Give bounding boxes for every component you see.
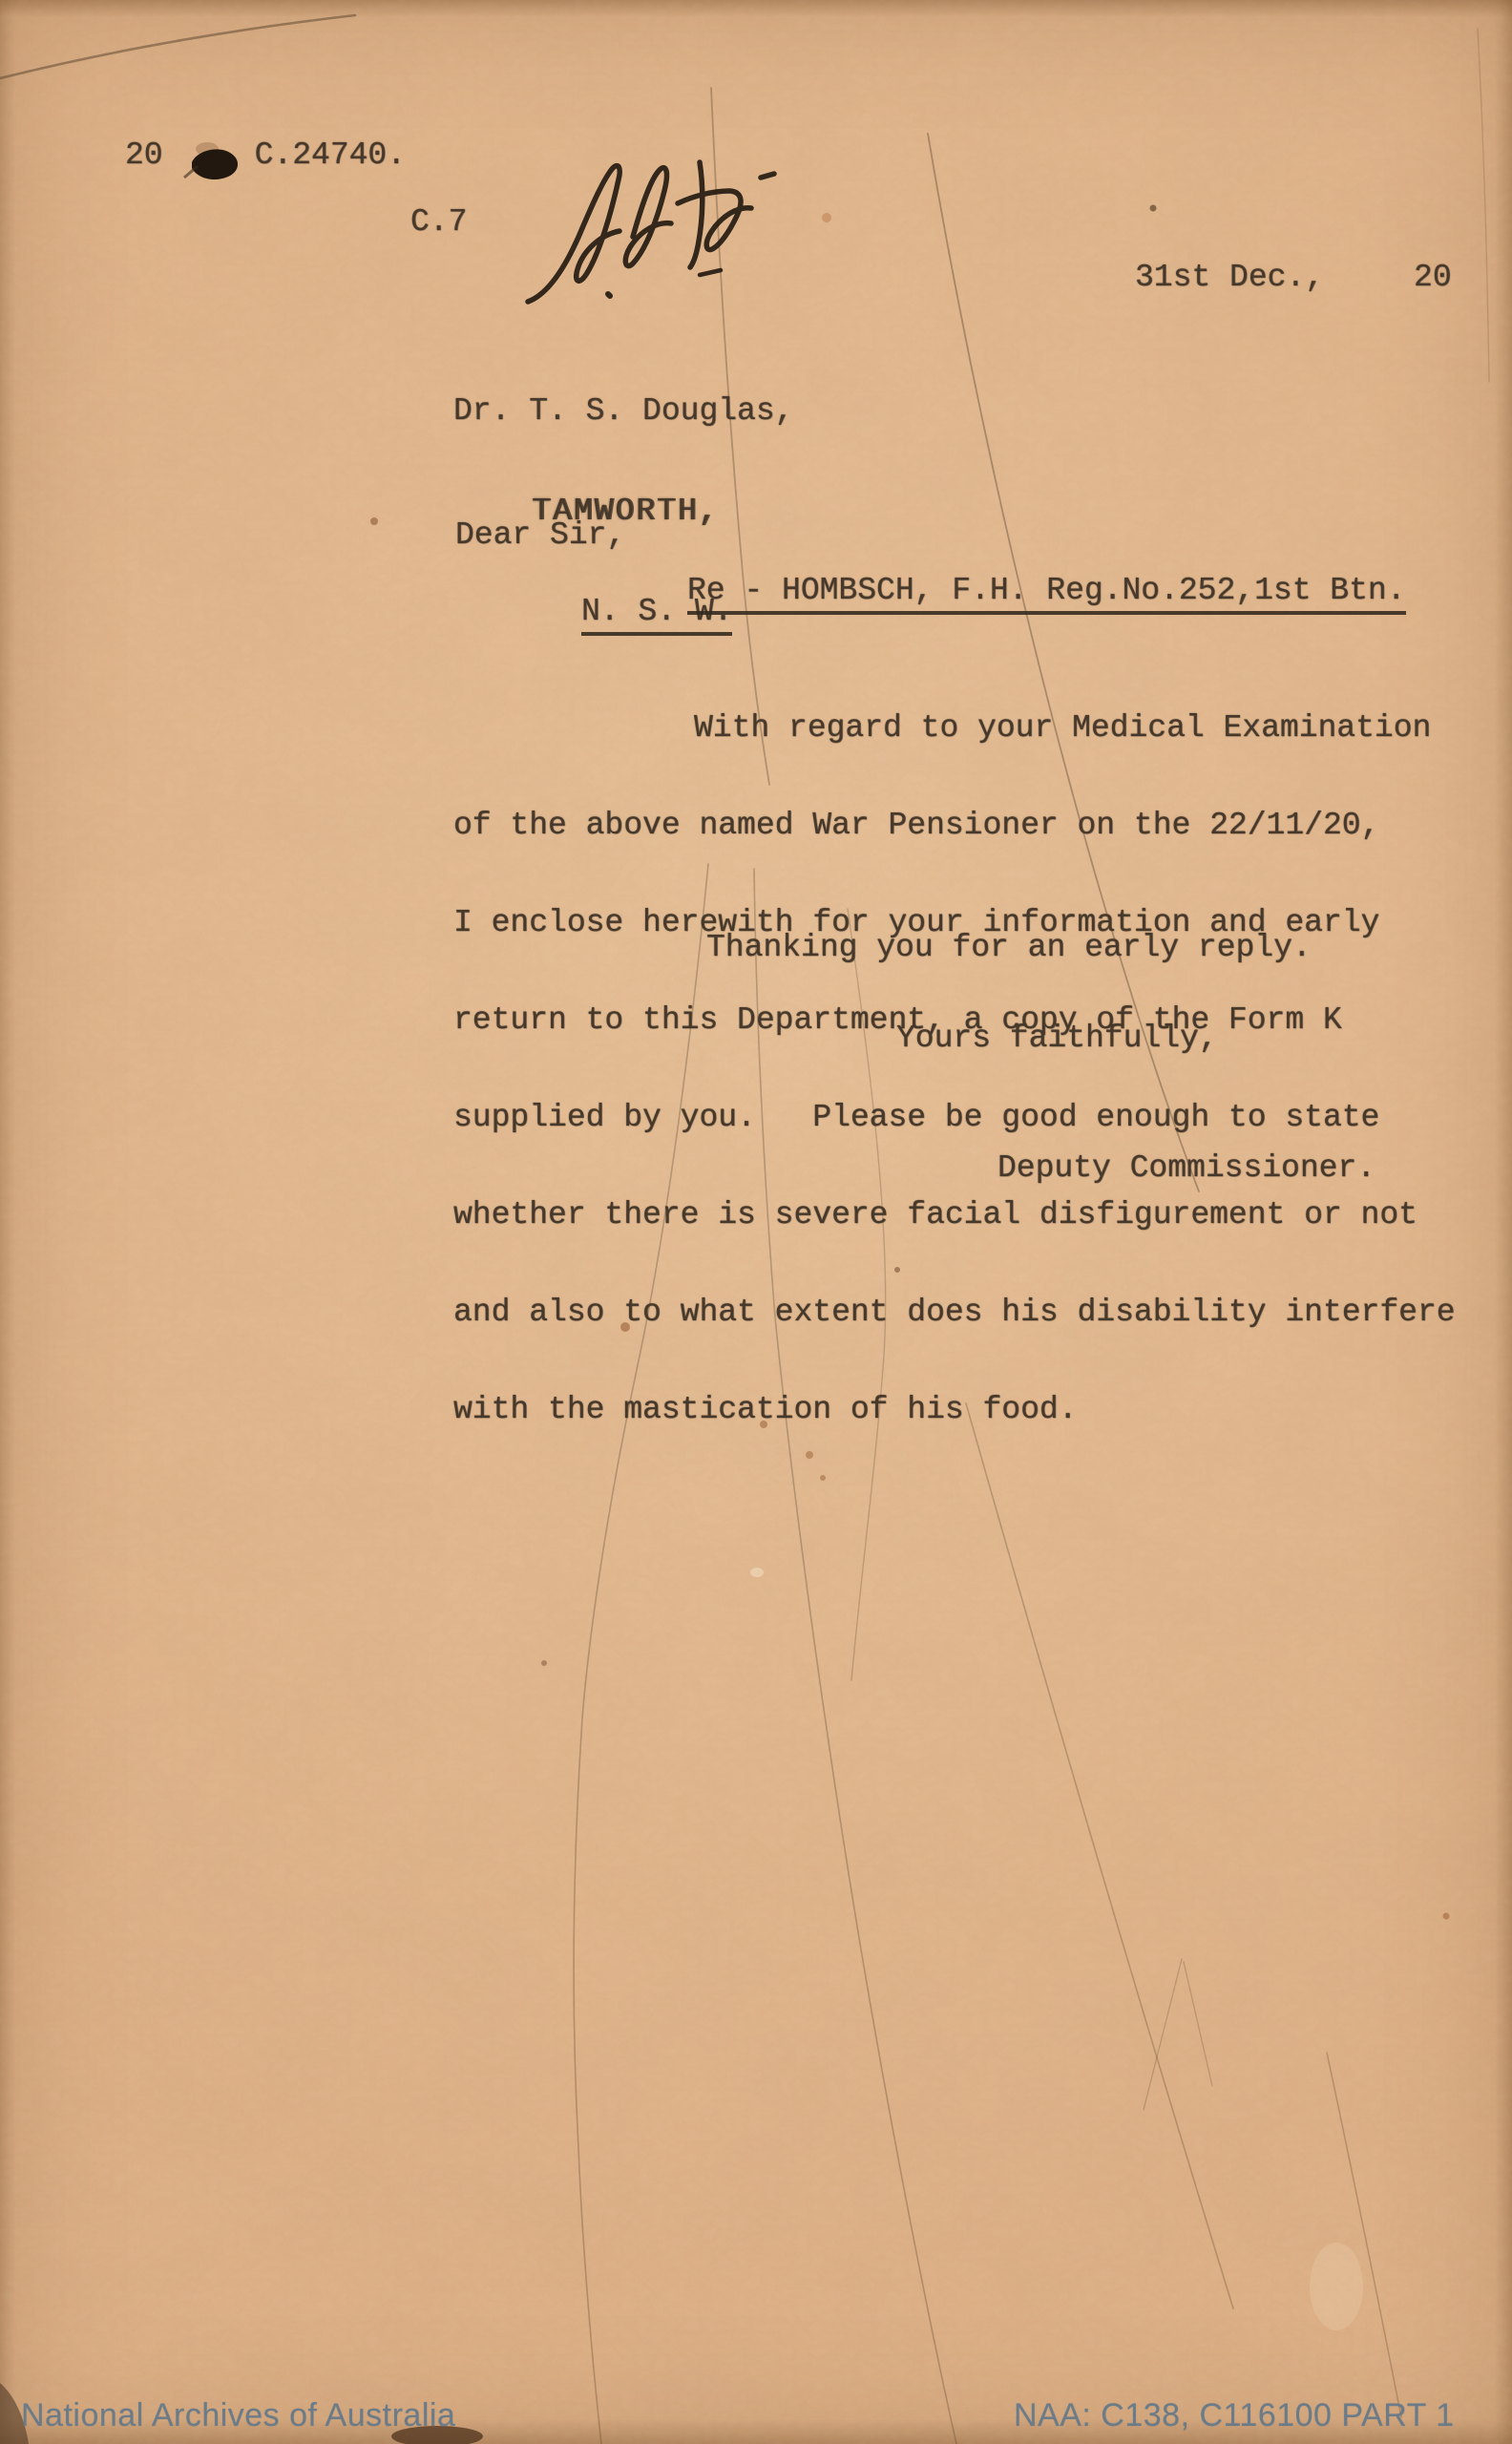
body-line: of the above named War Pensioner on the … <box>453 810 1456 842</box>
subject-line: Re - HOMBSCH, F.H. Reg.No.252,1st Btn. <box>687 575 1406 607</box>
valediction: Yours faithfully, <box>896 1022 1218 1055</box>
signatory-title: Deputy Commissioner. <box>997 1152 1375 1185</box>
date-year: 20 <box>1414 260 1452 295</box>
body-line: and also to what extent does his disabil… <box>453 1296 1456 1329</box>
file-reference: 20 C.24740. <box>125 139 406 183</box>
date-line: 31st Dec.,20 <box>1135 262 1452 294</box>
body-line: With regard to your Medical Examination <box>453 712 1456 745</box>
file-reference-number: C.24740. <box>255 139 406 172</box>
ink-blot <box>165 134 253 183</box>
recipient-name: Dr. T. S. Douglas, <box>453 393 793 429</box>
closing-line: Thanking you for an early reply. <box>706 932 1312 964</box>
body-line: with the mastication of his food. <box>453 1394 1456 1426</box>
body-line: whether there is severe facial disfigure… <box>453 1199 1456 1232</box>
body-line: supplied by you. Please be good enough t… <box>453 1102 1456 1134</box>
archive-watermark-left: National Archives of Australia <box>21 2397 455 2434</box>
scanned-letter-page: { "document": { "ref_prefix": "20", "ref… <box>0 0 1512 2444</box>
file-code: C.7 <box>410 206 467 239</box>
archive-watermark-right: NAA: C138, C116100 PART 1 <box>1014 2397 1455 2434</box>
date-text: 31st Dec., <box>1135 260 1324 295</box>
subject-text: Re - HOMBSCH, F.H. Reg.No.252,1st Btn. <box>687 573 1406 615</box>
salutation: Dear Sir, <box>455 519 625 552</box>
file-reference-prefix: 20 <box>125 139 163 172</box>
